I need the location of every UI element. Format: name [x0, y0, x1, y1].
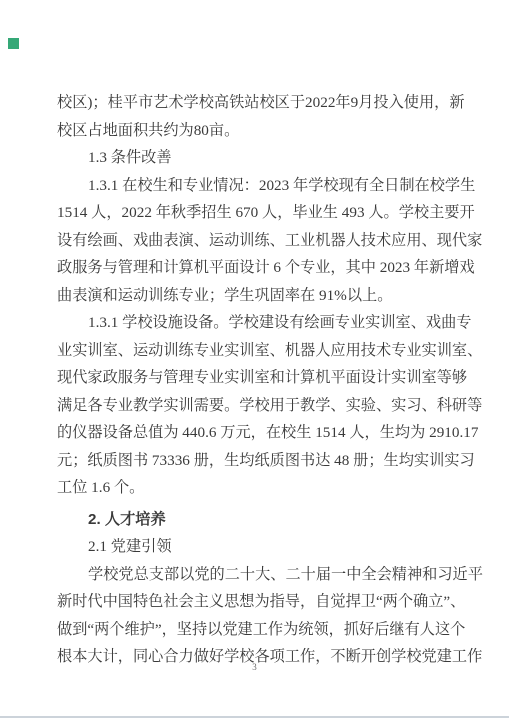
text-line: 校区)；桂平市艺术学校高铁站校区于2022年9月投入使用，新	[57, 89, 455, 117]
text-line: 政服务与管理和计算机平面设计 6 个专业，其中 2023 年新增戏	[57, 254, 455, 282]
heading-line: 2.1 党建引领	[57, 533, 455, 561]
text-line: 学校党总支部以党的二十大、二十届一中全会精神和习近平	[57, 561, 455, 589]
text-line: 新时代中国特色社会主义思想为指导，自觉捍卫“两个确立”、	[57, 588, 455, 616]
page-number: 3	[0, 662, 509, 673]
text-line: 工位 1.6 个。	[57, 474, 455, 502]
document-text-block: 校区)；桂平市艺术学校高铁站校区于2022年9月投入使用，新校区占地面积共约为8…	[57, 89, 455, 671]
heading-line: 2. 人才培养	[57, 506, 455, 534]
text-line: 做到“两个维护”，坚持以党建工作为统领，抓好后继有人这个	[57, 616, 455, 644]
text-line: 的仪器设备总值为 440.6 万元，在校生 1514 人，生均为 2910.17	[57, 419, 455, 447]
text-line: 现代家政服务与管理专业实训室和计算机平面设计实训室等够	[57, 364, 455, 392]
text-line: 1514 人，2022 年秋季招生 670 人，毕业生 493 人。学校主要开	[57, 199, 455, 227]
text-line: 满足各专业教学实训需要。学校用于教学、实验、实习、科研等	[57, 392, 455, 420]
heading-line: 1.3 条件改善	[57, 144, 455, 172]
text-line: 元；纸质图书 73336 册，生均纸质图书达 48 册；生均实训实习	[57, 447, 455, 475]
text-line: 1.3.1 在校生和专业情况：2023 年学校现有全日制在校学生	[57, 172, 455, 200]
text-line: 校区占地面积共约为80亩。	[57, 117, 455, 145]
text-line: 设有绘画、戏曲表演、运动训练、工业机器人技术应用、现代家	[57, 227, 455, 255]
text-line: 曲表演和运动训练专业；学生巩固率在 91%以上。	[57, 282, 455, 310]
text-line: 1.3.1 学校设施设备。学校建设有绘画专业实训室、戏曲专	[57, 309, 455, 337]
text-line: 业实训室、运动训练专业实训室、机器人应用技术专业实训室、	[57, 337, 455, 365]
document-page: 校区)；桂平市艺术学校高铁站校区于2022年9月投入使用，新校区占地面积共约为8…	[0, 0, 509, 718]
green-square-badge-icon	[8, 38, 19, 49]
